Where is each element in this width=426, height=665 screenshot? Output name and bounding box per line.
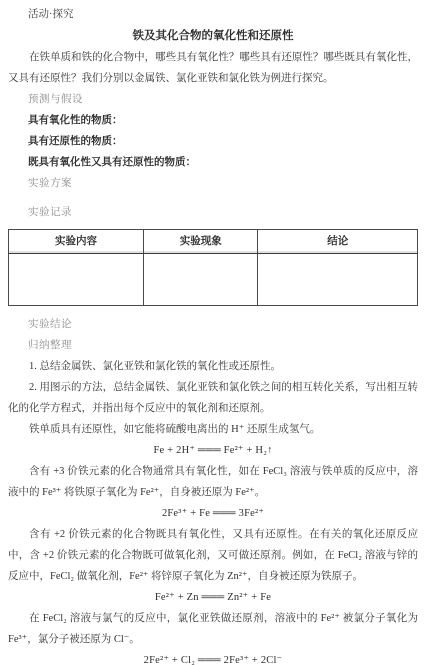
paragraph-iron-reducing: 铁单质具有还原性，如它能将硫酸电离出的 H⁺ 还原生成氢气。	[8, 419, 418, 440]
paragraph-fe2-both: 含有 +2 价铁元素的化合物既具有氧化性，又具有还原性。在有关的氧化还原反应中，…	[8, 524, 418, 587]
table-header-conclusion: 结论	[258, 230, 418, 254]
intro-paragraph: 在铁单质和铁的化合物中，哪些具有氧化性？哪些具有还原性？哪些既具有氧化性，又具有…	[8, 47, 418, 89]
section-heading-conclusion: 实验结论	[8, 314, 418, 335]
activity-explore-label: 活动·探究	[8, 4, 418, 25]
section-heading-record: 实验记录	[8, 202, 418, 223]
prediction-item-oxidizing: 具有氧化性的物质：	[8, 110, 418, 131]
paragraph-fe2-chlorine: 在 FeCl₂ 溶液与氯气的反应中，氯化亚铁做还原剂，溶液中的 Fe²⁺ 被氯分…	[8, 608, 418, 650]
equation-fe-hydrogen: Fe + 2H⁺ ═══ Fe²⁺ + H₂↑	[8, 440, 418, 461]
summary-item-2: 2. 用图示的方法，总结金属铁、氯化亚铁和氯化铁之间的相互转化关系，写出相互转化…	[8, 377, 418, 419]
table-header-experiment-phenomenon: 实验现象	[143, 230, 258, 254]
equation-fe2-cl2: 2Fe²⁺ + Cl₂ ═══ 2Fe³⁺ + 2Cl⁻	[8, 650, 418, 665]
table-cell-experiment-content	[9, 254, 144, 306]
worksheet-page: 活动·探究 铁及其化合物的氧化性和还原性 在铁单质和铁的化合物中，哪些具有氧化性…	[0, 0, 426, 665]
prediction-item-both: 既具有氧化性又具有还原性的物质：	[8, 152, 418, 173]
section-heading-prediction: 预测与假设	[8, 89, 418, 110]
table-header-row: 实验内容 实验现象 结论	[9, 230, 418, 254]
equation-fe3-fe: 2Fe³⁺ + Fe ═══ 3Fe²⁺	[8, 503, 418, 524]
table-cell-conclusion	[258, 254, 418, 306]
equation-fe2-zn: Fe²⁺ + Zn ═══ Zn²⁺ + Fe	[8, 587, 418, 608]
table-row	[9, 254, 418, 306]
paragraph-fe3-oxidizing: 含有 +3 价铁元素的化合物通常具有氧化性，如在 FeCl₃ 溶液与铁单质的反应…	[8, 461, 418, 503]
section-heading-summary: 归纳整理	[8, 335, 418, 356]
summary-item-1: 1. 总结金属铁、氯化亚铁和氯化铁的氧化性或还原性。	[8, 356, 418, 377]
table-cell-experiment-phenomenon	[143, 254, 258, 306]
experiment-record-table: 实验内容 实验现象 结论	[8, 229, 418, 306]
page-title: 铁及其化合物的氧化性和还原性	[8, 26, 418, 47]
prediction-item-reducing: 具有还原性的物质：	[8, 131, 418, 152]
section-heading-plan: 实验方案	[8, 173, 418, 194]
table-header-experiment-content: 实验内容	[9, 230, 144, 254]
